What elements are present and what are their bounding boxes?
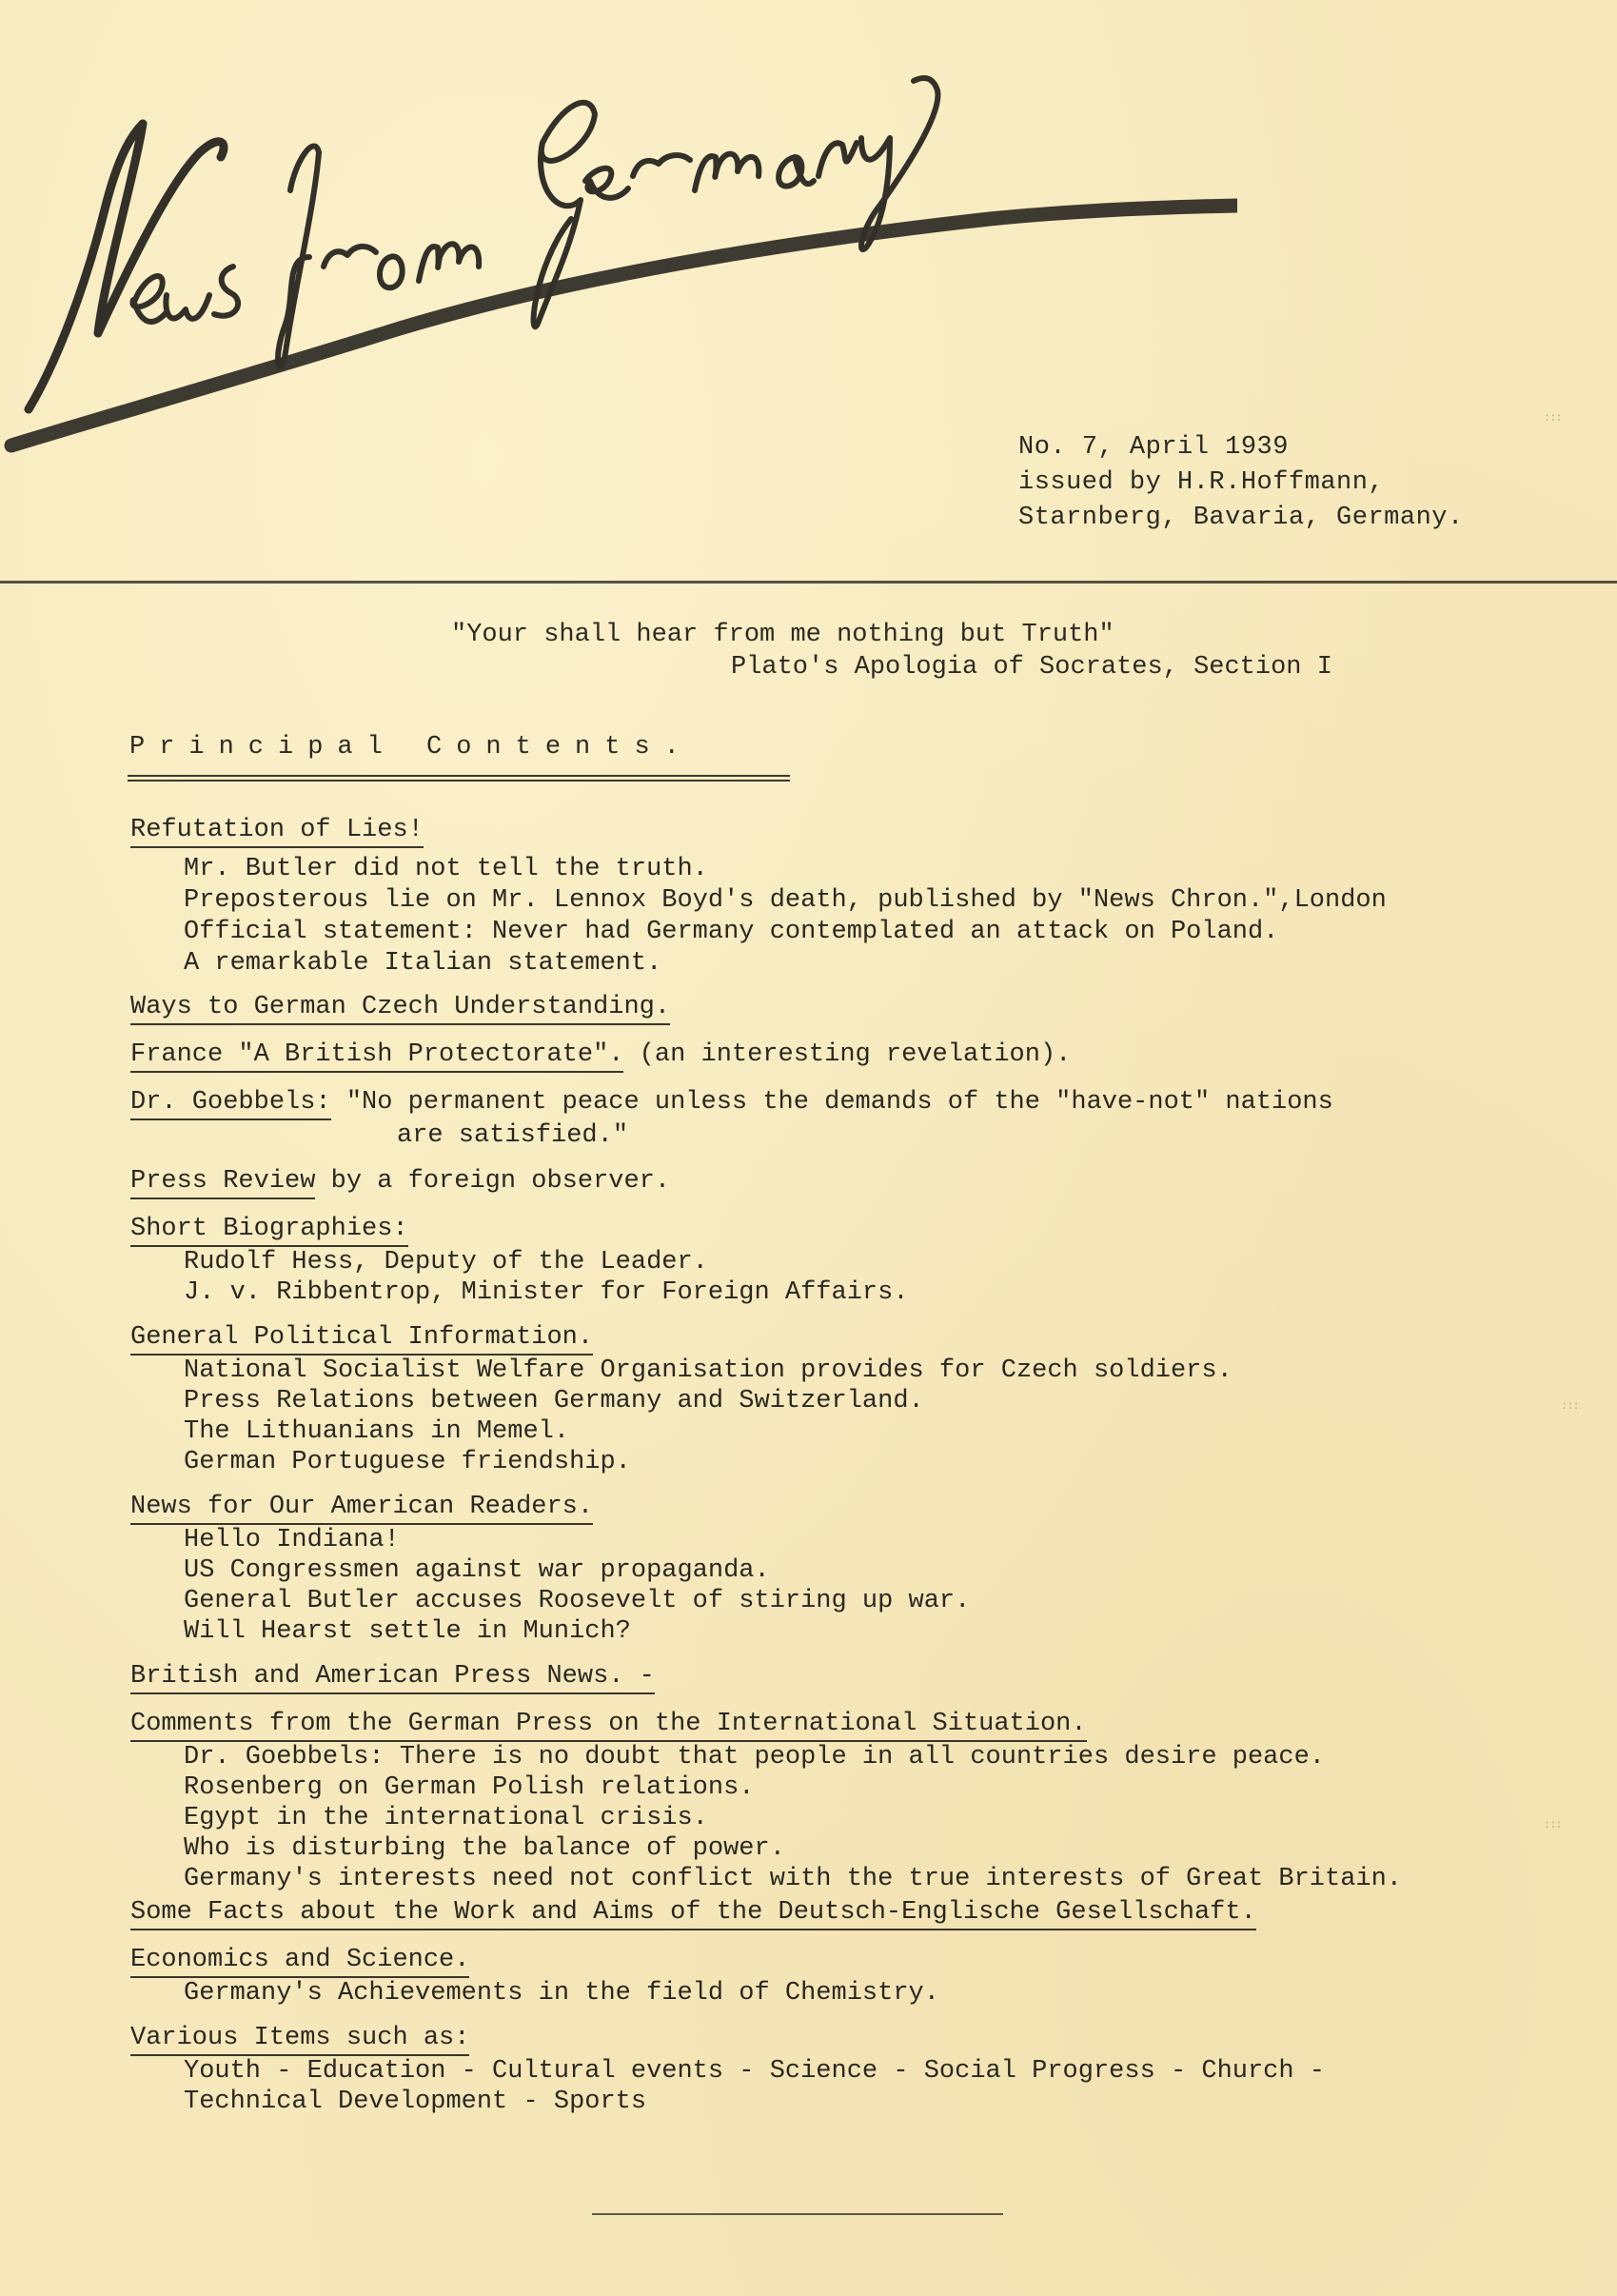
list-item: German Portuguese friendship.: [130, 1447, 1596, 1477]
section-heading: Short Biographies:: [130, 1213, 408, 1247]
list-item: Mr. Butler did not tell the truth.: [130, 854, 1596, 885]
list-item: Hello Indiana!: [130, 1525, 1596, 1555]
list-item: Rudolf Hess, Deputy of the Leader.: [130, 1247, 1596, 1277]
list-item: Egypt in the international crisis.: [130, 1803, 1596, 1833]
issue-number: No. 7, April 1939: [1018, 430, 1464, 465]
section-refutation-of-lies: Refutation of Lies! Mr. Butler did not t…: [130, 814, 1596, 980]
section-note: "No permanent peace unless the demands o…: [331, 1088, 1333, 1117]
contents-list: Refutation of Lies! Mr. Butler did not t…: [130, 814, 1596, 2130]
margin-mark: :::: [1544, 1818, 1562, 1831]
section-heading: General Political Information.: [130, 1321, 593, 1356]
section-various-items: Various Items such as: Youth - Education…: [130, 2022, 1596, 2117]
contents-title-double-rule: [128, 775, 790, 782]
section-deutsch-englische-gesellschaft: Some Facts about the Work and Aims of th…: [130, 1896, 1596, 1930]
issue-place: Starnberg, Bavaria, Germany.: [1018, 501, 1464, 536]
motto-attribution: Plato's Apologia of Socrates, Section I: [451, 651, 1332, 683]
section-press-review: Press Review by a foreign observer.: [130, 1165, 1596, 1199]
section-heading: Dr. Goebbels:: [130, 1086, 331, 1120]
section-heading: Economics and Science.: [130, 1944, 469, 1978]
list-item: General Butler accuses Roosevelt of stir…: [130, 1586, 1596, 1616]
section-british-american-press: British and American Press News. -: [130, 1660, 1596, 1694]
closing-rule: [592, 2213, 1003, 2215]
section-note: by a foreign observer.: [315, 1167, 670, 1196]
section-heading: British and American Press News. -: [130, 1660, 655, 1694]
header-divider: [0, 581, 1617, 584]
section-note: (an interesting revelation).: [623, 1040, 1071, 1069]
section-heading: Ways to German Czech Understanding.: [130, 991, 670, 1025]
issuer: issued by H.R.Hoffmann,: [1018, 465, 1464, 501]
section-general-political-information: General Political Information. National …: [130, 1321, 1596, 1477]
list-item: Who is disturbing the balance of power.: [130, 1833, 1596, 1864]
list-item: Germany's Achievements in the field of C…: [130, 1978, 1596, 2009]
list-item: Rosenberg on German Polish relations.: [130, 1772, 1596, 1803]
list-item: National Socialist Welfare Organisation …: [130, 1356, 1596, 1386]
contents-title: Principal Contents.: [129, 733, 694, 762]
list-item: Youth - Education - Cultural events - Sc…: [130, 2056, 1596, 2087]
section-heading: Refutation of Lies!: [130, 814, 424, 848]
issue-info: No. 7, April 1939 issued by H.R.Hoffmann…: [1018, 430, 1464, 536]
section-heading: Some Facts about the Work and Aims of th…: [130, 1896, 1256, 1930]
section-heading: Comments from the German Press on the In…: [130, 1708, 1087, 1742]
section-german-press-comments: Comments from the German Press on the In…: [130, 1708, 1596, 1894]
list-item: Official statement: Never had Germany co…: [130, 917, 1596, 948]
list-item: US Congressmen against war propaganda.: [130, 1555, 1596, 1586]
section-economics-science: Economics and Science. Germany's Achieve…: [130, 1944, 1596, 2009]
list-item: Germany's interests need not conflict wi…: [130, 1864, 1596, 1894]
margin-mark: :::: [1561, 1399, 1579, 1413]
list-item: Will Hearst settle in Munich?: [130, 1616, 1596, 1647]
motto: "Your shall hear from me nothing but Tru…: [451, 619, 1332, 683]
section-note-continuation: are satisfied.": [130, 1120, 1596, 1152]
list-item: Technical Development - Sports: [130, 2087, 1596, 2117]
list-item: Dr. Goebbels: There is no doubt that peo…: [130, 1742, 1596, 1772]
list-item: A remarkable Italian statement.: [130, 948, 1596, 980]
list-item: The Lithuanians in Memel.: [130, 1416, 1596, 1447]
section-heading: Press Review: [130, 1165, 315, 1199]
list-item: Press Relations between Germany and Swit…: [130, 1386, 1596, 1416]
list-item: Preposterous lie on Mr. Lennox Boyd's de…: [130, 885, 1596, 917]
list-item: J. v. Ribbentrop, Minister for Foreign A…: [130, 1277, 1596, 1308]
section-goebbels-peace: Dr. Goebbels: "No permanent peace unless…: [130, 1086, 1596, 1152]
section-heading: France "A British Protectorate".: [130, 1039, 623, 1073]
section-france-protectorate: France "A British Protectorate". (an int…: [130, 1039, 1596, 1073]
section-american-readers: News for Our American Readers. Hello Ind…: [130, 1491, 1596, 1647]
section-short-biographies: Short Biographies: Rudolf Hess, Deputy o…: [130, 1213, 1596, 1308]
section-heading: Various Items such as:: [130, 2022, 469, 2056]
margin-mark: :::: [1544, 411, 1562, 425]
section-german-czech-understanding: Ways to German Czech Understanding.: [130, 991, 1596, 1025]
section-heading: News for Our American Readers.: [130, 1491, 593, 1525]
motto-quote: "Your shall hear from me nothing but Tru…: [451, 619, 1332, 651]
